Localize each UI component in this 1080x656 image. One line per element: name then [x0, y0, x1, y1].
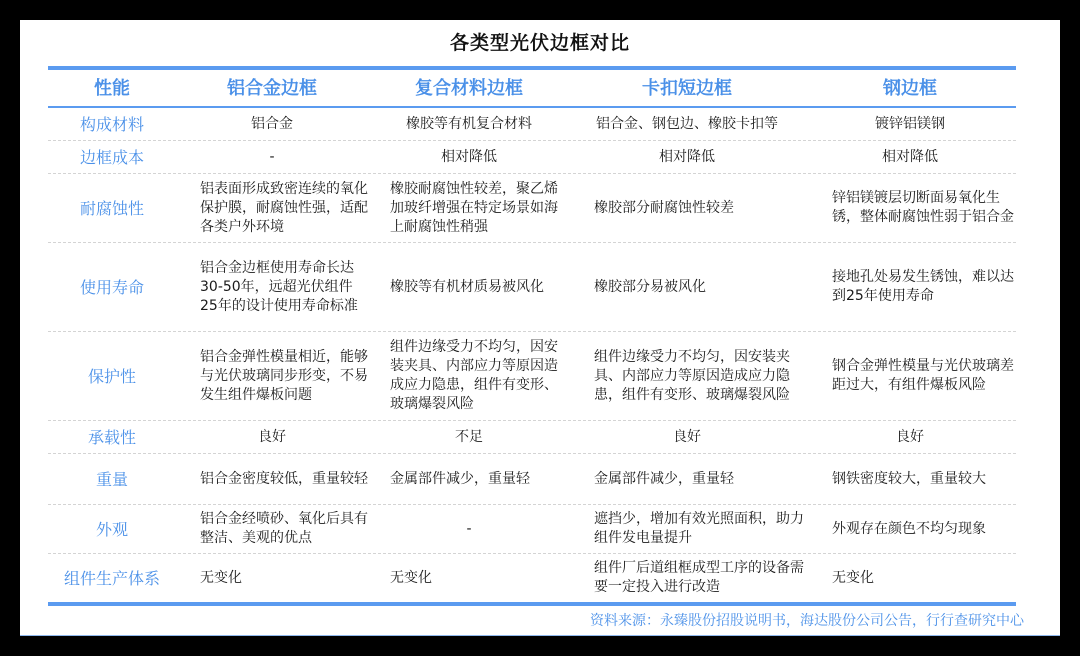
table-cell: 橡胶部分耐腐蚀性较差 [570, 199, 804, 218]
table-cell: 橡胶等有机材质易被风化 [368, 278, 570, 297]
table-cell: 良好 [570, 428, 804, 447]
table-header-row: 性能 铝合金边框 复合材料边框 卡扣短边框 钢边框 [48, 70, 1016, 106]
table-cell: 橡胶耐腐蚀性较差，聚乙烯加玻纤增强在特定场景如海上耐腐蚀性稍强 [368, 180, 570, 237]
table-cell: 铝合金 [176, 115, 368, 134]
table-cell: 无变化 [804, 569, 1016, 588]
source-note: 资料来源：永臻股份招股说明书，海达股份公司公告，行行查研究中心 [590, 610, 1024, 630]
comparison-card: 各类型光伏边框对比 性能 铝合金边框 复合材料边框 卡扣短边框 钢边框 构成材料… [20, 20, 1060, 636]
table-cell: 良好 [804, 428, 1016, 447]
row-label: 重量 [48, 470, 176, 489]
table-body: 构成材料铝合金橡胶等有机复合材料铝合金、钢包边、橡胶卡扣等镀锌铝镁钢边框成本-相… [48, 108, 1016, 602]
header-steel-frame: 钢边框 [804, 79, 1016, 98]
header-composite-frame: 复合材料边框 [368, 79, 570, 98]
table-cell: 相对降低 [570, 148, 804, 167]
header-aluminum-frame: 铝合金边框 [176, 79, 368, 98]
table-row: 耐腐蚀性铝表面形成致密连续的氧化保护膜，耐腐蚀性强，适配各类户外环境橡胶耐腐蚀性… [48, 174, 1016, 243]
comparison-table: 性能 铝合金边框 复合材料边框 卡扣短边框 钢边框 构成材料铝合金橡胶等有机复合… [48, 66, 1016, 606]
table-row: 组件生产体系无变化无变化组件厂后道组框成型工序的设备需要一定投入进行改造无变化 [48, 554, 1016, 602]
table-cell: 接地孔处易发生锈蚀，难以达到25年使用寿命 [804, 268, 1016, 306]
table-cell: 橡胶部分易被风化 [570, 278, 804, 297]
table-cell: 遮挡少，增加有效光照面积，助力组件发电量提升 [570, 510, 804, 548]
table-cell: 无变化 [368, 569, 570, 588]
row-label: 构成材料 [48, 115, 176, 134]
table-cell: 铝合金密度较低，重量较轻 [176, 470, 368, 489]
table-cell: 锌铝镁镀层切断面易氧化生锈，整体耐腐蚀性弱于铝合金 [804, 189, 1016, 227]
table-cell: 相对降低 [368, 148, 570, 167]
table-row: 外观铝合金经喷砂、氧化后具有整洁、美观的优点-遮挡少，增加有效光照面积，助力组件… [48, 505, 1016, 554]
row-label: 保护性 [48, 367, 176, 386]
table-cell: 良好 [176, 428, 368, 447]
table-row: 边框成本-相对降低相对降低相对降低 [48, 141, 1016, 174]
row-label: 承载性 [48, 428, 176, 447]
row-label: 使用寿命 [48, 278, 176, 297]
table-bottom-rule [48, 602, 1016, 606]
table-cell: 铝合金经喷砂、氧化后具有整洁、美观的优点 [176, 510, 368, 548]
table-cell: 外观存在颜色不均匀现象 [804, 520, 1016, 539]
table-cell: 组件边缘受力不均匀，因安装夹具、内部应力等原因造成应力隐患，组件有变形、玻璃爆裂… [570, 348, 804, 405]
table-cell: 橡胶等有机复合材料 [368, 115, 570, 134]
table-cell: - [176, 148, 368, 167]
header-clip-short-frame: 卡扣短边框 [570, 79, 804, 98]
table-row: 重量铝合金密度较低，重量较轻金属部件减少，重量轻金属部件减少，重量轻钢铁密度较大… [48, 454, 1016, 505]
table-cell: 铝合金、钢包边、橡胶卡扣等 [570, 115, 804, 134]
table-cell: 钢合金弹性模量与光伏玻璃差距过大，有组件爆板风险 [804, 357, 1016, 395]
table-cell: 铝表面形成致密连续的氧化保护膜，耐腐蚀性强，适配各类户外环境 [176, 180, 368, 237]
table-cell: 铝合金边框使用寿命长达30-50年，远超光伏组件25年的设计使用寿命标准 [176, 259, 368, 316]
row-label: 外观 [48, 520, 176, 539]
table-cell: - [368, 520, 570, 539]
table-cell: 镀锌铝镁钢 [804, 115, 1016, 134]
table-cell: 铝合金弹性模量相近，能够与光伏玻璃同步形变，不易发生组件爆板问题 [176, 348, 368, 405]
table-title: 各类型光伏边框对比 [20, 28, 1060, 55]
table-cell: 组件边缘受力不均匀，因安装夹具、内部应力等原因造成应力隐患，组件有变形、玻璃爆裂… [368, 338, 570, 414]
row-label: 耐腐蚀性 [48, 199, 176, 218]
table-cell: 不足 [368, 428, 570, 447]
table-cell: 钢铁密度较大，重量较大 [804, 470, 1016, 489]
table-row: 使用寿命铝合金边框使用寿命长达30-50年，远超光伏组件25年的设计使用寿命标准… [48, 243, 1016, 332]
row-label: 边框成本 [48, 148, 176, 167]
table-cell: 无变化 [176, 569, 368, 588]
table-cell: 金属部件减少，重量轻 [570, 470, 804, 489]
header-performance: 性能 [48, 79, 176, 98]
row-label: 组件生产体系 [48, 569, 176, 588]
table-row: 承载性良好不足良好良好 [48, 421, 1016, 454]
table-row: 构成材料铝合金橡胶等有机复合材料铝合金、钢包边、橡胶卡扣等镀锌铝镁钢 [48, 108, 1016, 141]
table-row: 保护性铝合金弹性模量相近，能够与光伏玻璃同步形变，不易发生组件爆板问题组件边缘受… [48, 332, 1016, 421]
table-cell: 组件厂后道组框成型工序的设备需要一定投入进行改造 [570, 559, 804, 597]
table-cell: 相对降低 [804, 148, 1016, 167]
table-cell: 金属部件减少，重量轻 [368, 470, 570, 489]
